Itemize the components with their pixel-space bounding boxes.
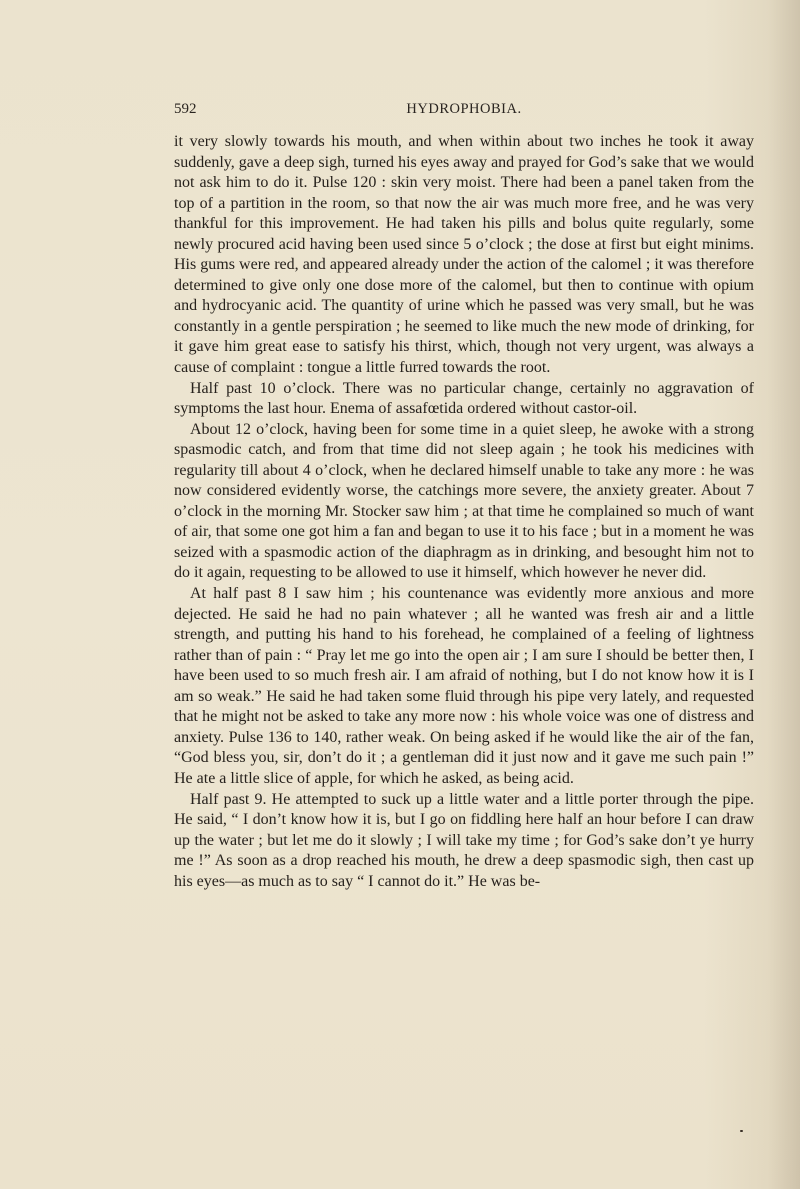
running-title: HYDROPHOBIA. [174,101,754,118]
paragraph-half-past-ten: Half past 10 o’clock. There was no parti… [174,379,754,420]
paper-speck [740,1130,743,1132]
paragraph-continuation: it very slowly towards his mouth, and wh… [174,132,754,379]
paragraph-half-past-nine: Half past 9. He attempted to suck up a l… [174,790,754,893]
book-page: 592 HYDROPHOBIA. it very slowly towards … [0,0,800,1189]
paragraph-half-past-eight: At half past 8 I saw him ; his countenan… [174,584,754,789]
paragraph-about-twelve: About 12 o’clock, having been for some t… [174,420,754,584]
running-head: 592 HYDROPHOBIA. [174,101,754,121]
body-text: it very slowly towards his mouth, and wh… [174,132,754,892]
